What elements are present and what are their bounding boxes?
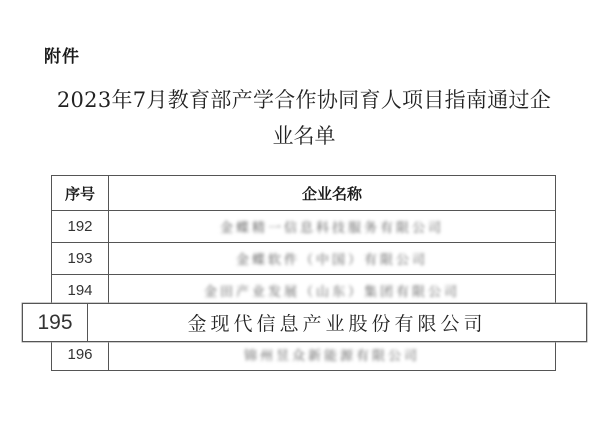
table-row: 192 金蝶精一信息科技服务有限公司 xyxy=(52,211,556,243)
row-company-name: 金蝶精一信息科技服务有限公司 xyxy=(109,211,556,243)
table-row: 193 金蝶软件（中国）有限公司 xyxy=(52,243,556,275)
blurred-company-name: 金蝶精一信息科技服务有限公司 xyxy=(220,221,444,236)
attachment-label: 附件 xyxy=(44,42,80,67)
document-title-line1: 2023年7月教育部产学合作协同育人项目指南通过企 xyxy=(0,84,608,114)
blurred-company-name: 金蝶软件（中国）有限公司 xyxy=(236,253,428,268)
blurred-company-name: 金田产业发展（山东）集团有限公司 xyxy=(204,285,460,300)
row-company-name: 金蝶软件（中国）有限公司 xyxy=(109,243,556,275)
blurred-company-name: 锦州昱众新能源有限公司 xyxy=(244,349,420,364)
row-number: 196 xyxy=(52,339,109,371)
header-company-name: 企业名称 xyxy=(109,176,556,211)
table-row: 194 金田产业发展（山东）集团有限公司 xyxy=(52,275,556,307)
row-company-name: 锦州昱众新能源有限公司 xyxy=(109,339,556,371)
header-serial-number: 序号 xyxy=(52,176,109,211)
row-number: 194 xyxy=(52,275,109,307)
highlighted-row-number: 195 xyxy=(23,304,88,341)
row-number: 193 xyxy=(52,243,109,275)
row-number: 192 xyxy=(52,211,109,243)
table-header-row: 序号 企业名称 xyxy=(52,176,556,211)
document-title-line2: 业名单 xyxy=(0,120,608,150)
highlighted-company-name: 金现代信息产业股份有限公司 xyxy=(88,304,586,341)
highlighted-row: 195 金现代信息产业股份有限公司 xyxy=(22,303,587,342)
row-company-name: 金田产业发展（山东）集团有限公司 xyxy=(109,275,556,307)
table-row: 196 锦州昱众新能源有限公司 xyxy=(52,339,556,371)
